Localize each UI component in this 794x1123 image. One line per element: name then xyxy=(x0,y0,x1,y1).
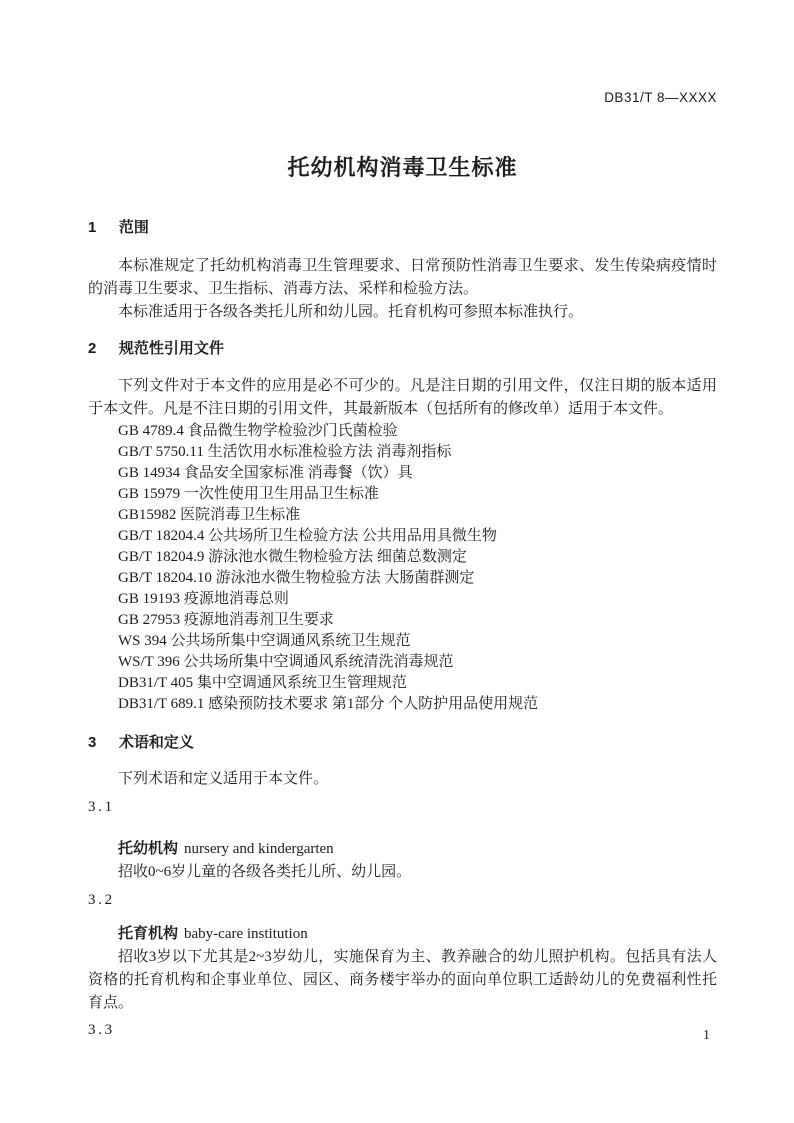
section-3-heading: 3术语和定义 xyxy=(88,733,717,753)
reference-item: GB15982 医院消毒卫生标准 xyxy=(88,505,717,526)
section-1-title: 范围 xyxy=(119,219,149,236)
section-3-number: 3 xyxy=(88,734,96,751)
normative-references-list: GB 4789.4 食品微生物学检验沙门氏菌检验GB/T 5750.11 生活饮… xyxy=(88,421,717,715)
reference-item: GB/T 18204.10 游泳池水微生物检验方法 大肠菌群测定 xyxy=(88,568,717,589)
section-1-heading: 1范围 xyxy=(88,218,717,238)
reference-item: WS/T 396 公共场所集中空调通风系统清洗消毒规范 xyxy=(88,652,717,673)
reference-item: GB/T 5750.11 生活饮用水标准检验方法 消毒剂指标 xyxy=(88,442,717,463)
normative-references-intro: 下列文件对于本文件的应用是必不可少的。凡是注日期的引用文件，仅注日期的版本适用于… xyxy=(88,375,717,421)
reference-item: GB 27953 疫源地消毒剂卫生要求 xyxy=(88,610,717,631)
document-code: DB31/T 8—XXXX xyxy=(88,90,717,106)
term-3-1-definition: 招收0~6岁儿童的各级各类托儿所、幼儿园。 xyxy=(88,861,717,884)
section-3-title: 术语和定义 xyxy=(119,734,194,751)
reference-item: GB 15979 一次性使用卫生用品卫生标准 xyxy=(88,484,717,505)
term-3-2-number: 3.2 xyxy=(88,890,717,910)
document-title: 托幼机构消毒卫生标准 xyxy=(88,154,717,182)
section-2-heading: 2规范性引用文件 xyxy=(88,339,717,359)
term-3-2-name-zh: 托育机构 xyxy=(118,925,178,942)
terms-intro: 下列术语和定义适用于本文件。 xyxy=(88,768,717,791)
section-2-number: 2 xyxy=(88,340,96,357)
term-3-3-number: 3.3 xyxy=(88,1020,717,1040)
term-3-1-name-en: nursery and kindergarten xyxy=(184,841,334,857)
reference-item: WS 394 公共场所集中空调通风系统卫生规范 xyxy=(88,631,717,652)
term-3-2-definition: 招收3岁以下尤其是2~3岁幼儿，实施保育为主、教养融合的幼儿照护机构。包括具有法… xyxy=(88,946,717,1015)
reference-item: DB31/T 405 集中空调通风系统卫生管理规范 xyxy=(88,673,717,694)
term-3-1-number: 3.1 xyxy=(88,797,717,817)
term-3-2-name-en: baby-care institution xyxy=(184,926,308,942)
reference-item: GB/T 18204.4 公共场所卫生检验方法 公共用品用具微生物 xyxy=(88,526,717,547)
reference-item: GB 4789.4 食品微生物学检验沙门氏菌检验 xyxy=(88,421,717,442)
term-3-2-title: 托育机构baby-care institution xyxy=(88,922,717,946)
reference-item: GB/T 18204.9 游泳池水微生物检验方法 细菌总数测定 xyxy=(88,547,717,568)
reference-item: DB31/T 689.1 感染预防技术要求 第1部分 个人防护用品使用规范 xyxy=(88,694,717,715)
document-page: DB31/T 8—XXXX 托幼机构消毒卫生标准 1范围 本标准规定了托幼机构消… xyxy=(0,0,794,1123)
document-content: DB31/T 8—XXXX 托幼机构消毒卫生标准 1范围 本标准规定了托幼机构消… xyxy=(0,90,794,1040)
reference-item: GB 19193 疫源地消毒总则 xyxy=(88,589,717,610)
term-3-1-name-zh: 托幼机构 xyxy=(118,840,178,857)
section-2-title: 规范性引用文件 xyxy=(119,340,224,357)
page-number: 1 xyxy=(703,1028,710,1044)
section-1-number: 1 xyxy=(88,219,96,236)
term-3-1-title: 托幼机构nursery and kindergarten xyxy=(88,837,717,861)
reference-item: GB 14934 食品安全国家标准 消毒餐（饮）具 xyxy=(88,463,717,484)
scope-paragraph-2: 本标准适用于各级各类托儿所和幼儿园。托育机构可参照本标准执行。 xyxy=(88,301,717,324)
scope-paragraph-1: 本标准规定了托幼机构消毒卫生管理要求、日常预防性消毒卫生要求、发生传染病疫情时的… xyxy=(88,255,717,301)
